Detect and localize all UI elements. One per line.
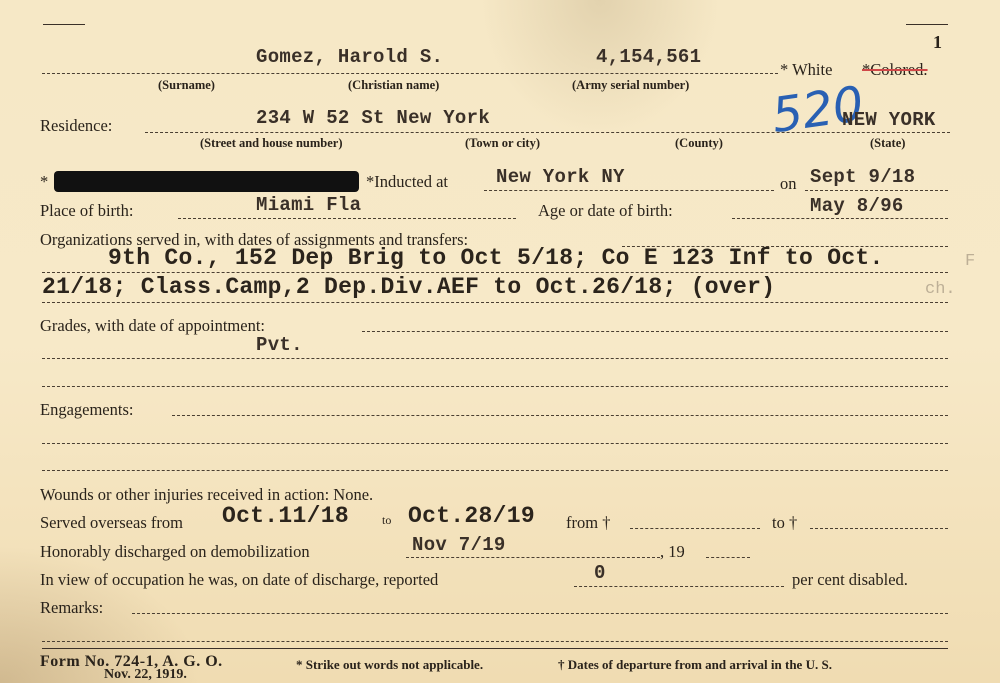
overseas-from2-line — [630, 528, 760, 529]
top-left-mark — [43, 24, 85, 25]
organizations-line-1-rule — [42, 272, 948, 273]
inducted-date-value: Sept 9/18 — [810, 166, 915, 188]
disability-line — [574, 586, 784, 587]
form-date: Nov. 22, 1919. — [104, 667, 187, 683]
name-line — [42, 73, 778, 74]
organizations-line-2: 21/18; Class.Camp,2 Dep.Div.AEF to Oct.2… — [42, 274, 775, 300]
redacted-block — [54, 171, 359, 192]
top-right-mark — [906, 24, 948, 25]
town-caption: (Town or city) — [465, 136, 540, 151]
inducted-date-line — [805, 190, 948, 191]
induction-star: * — [40, 172, 48, 192]
wounds-label: Wounds or other injuries received in act… — [40, 485, 373, 505]
overseas-label: Served overseas from — [40, 513, 183, 533]
residence-state-value: NEW YORK — [842, 109, 936, 131]
grades-value: Pvt. — [256, 334, 303, 356]
overseas-from2-label: from † — [566, 513, 610, 533]
remarks-line-1 — [132, 613, 948, 614]
grades-line-3 — [42, 386, 948, 387]
bleed-through-text-1: F — [965, 252, 975, 271]
grades-label-line — [362, 331, 948, 332]
residence-line — [145, 132, 950, 133]
inducted-label: *Inducted at — [366, 172, 448, 192]
state-caption: (State) — [870, 136, 905, 151]
inducted-value: New York NY — [496, 166, 625, 188]
footer-rule — [42, 648, 948, 649]
dates-note: † Dates of departure from and arrival in… — [558, 657, 832, 673]
strike-out-note: * Strike out words not applicable. — [296, 657, 483, 673]
discharge-line — [406, 557, 660, 558]
discharge-value: Nov 7/19 — [412, 534, 506, 556]
engagements-label: Engagements: — [40, 400, 133, 420]
colored-label-struck: *Colored. — [862, 60, 928, 80]
engagements-line-2 — [42, 443, 948, 444]
overseas-to-value: Oct.28/19 — [408, 503, 535, 529]
overseas-to2-line — [810, 528, 948, 529]
disability-value: 0 — [594, 562, 606, 584]
discharge-year-line — [706, 557, 750, 558]
surname-caption: (Surname) — [158, 78, 215, 93]
inducted-line — [484, 190, 774, 191]
engagements-line-3 — [42, 470, 948, 471]
christian-name-caption: (Christian name) — [348, 78, 439, 93]
grades-label: Grades, with date of appointment: — [40, 316, 265, 336]
organizations-line-2-rule — [42, 302, 948, 303]
disability-label: In view of occupation he was, on date of… — [40, 570, 438, 590]
name-value: Gomez, Harold S. — [256, 46, 443, 68]
grades-line-2 — [42, 358, 948, 359]
page-number: 1 — [933, 32, 942, 53]
overseas-from-value: Oct.11/18 — [222, 503, 349, 529]
serial-value: 4,154,561 — [596, 46, 701, 68]
place-of-birth-value: Miami Fla — [256, 194, 361, 216]
serial-caption: (Army serial number) — [572, 78, 689, 93]
remarks-line-2 — [42, 641, 948, 642]
discharge-year-label: , 19 — [660, 542, 685, 562]
date-of-birth-label: Age or date of birth: — [538, 201, 673, 221]
service-record-card: 1 Gomez, Harold S. 4,154,561 * White *Co… — [0, 0, 1000, 683]
engagements-label-line — [172, 415, 948, 416]
date-of-birth-line — [732, 218, 948, 219]
organizations-line-1: 9th Co., 152 Dep Brig to Oct 5/18; Co E … — [108, 245, 884, 271]
overseas-to2-label: to † — [772, 513, 797, 533]
overseas-to-label: to — [382, 513, 391, 528]
on-label: on — [780, 174, 797, 194]
county-caption: (County) — [675, 136, 723, 151]
disability-suffix: per cent disabled. — [792, 570, 908, 590]
place-of-birth-line — [178, 218, 516, 219]
white-label: * White — [780, 60, 832, 80]
date-of-birth-value: May 8/96 — [810, 195, 904, 217]
remarks-label: Remarks: — [40, 598, 103, 618]
bleed-through-text-2: ch. — [925, 280, 956, 299]
residence-label: Residence: — [40, 116, 112, 136]
residence-street-value: 234 W 52 St New York — [256, 107, 490, 129]
discharge-label: Honorably discharged on demobilization — [40, 542, 310, 562]
place-of-birth-label: Place of birth: — [40, 201, 133, 221]
street-caption: (Street and house number) — [200, 136, 342, 151]
